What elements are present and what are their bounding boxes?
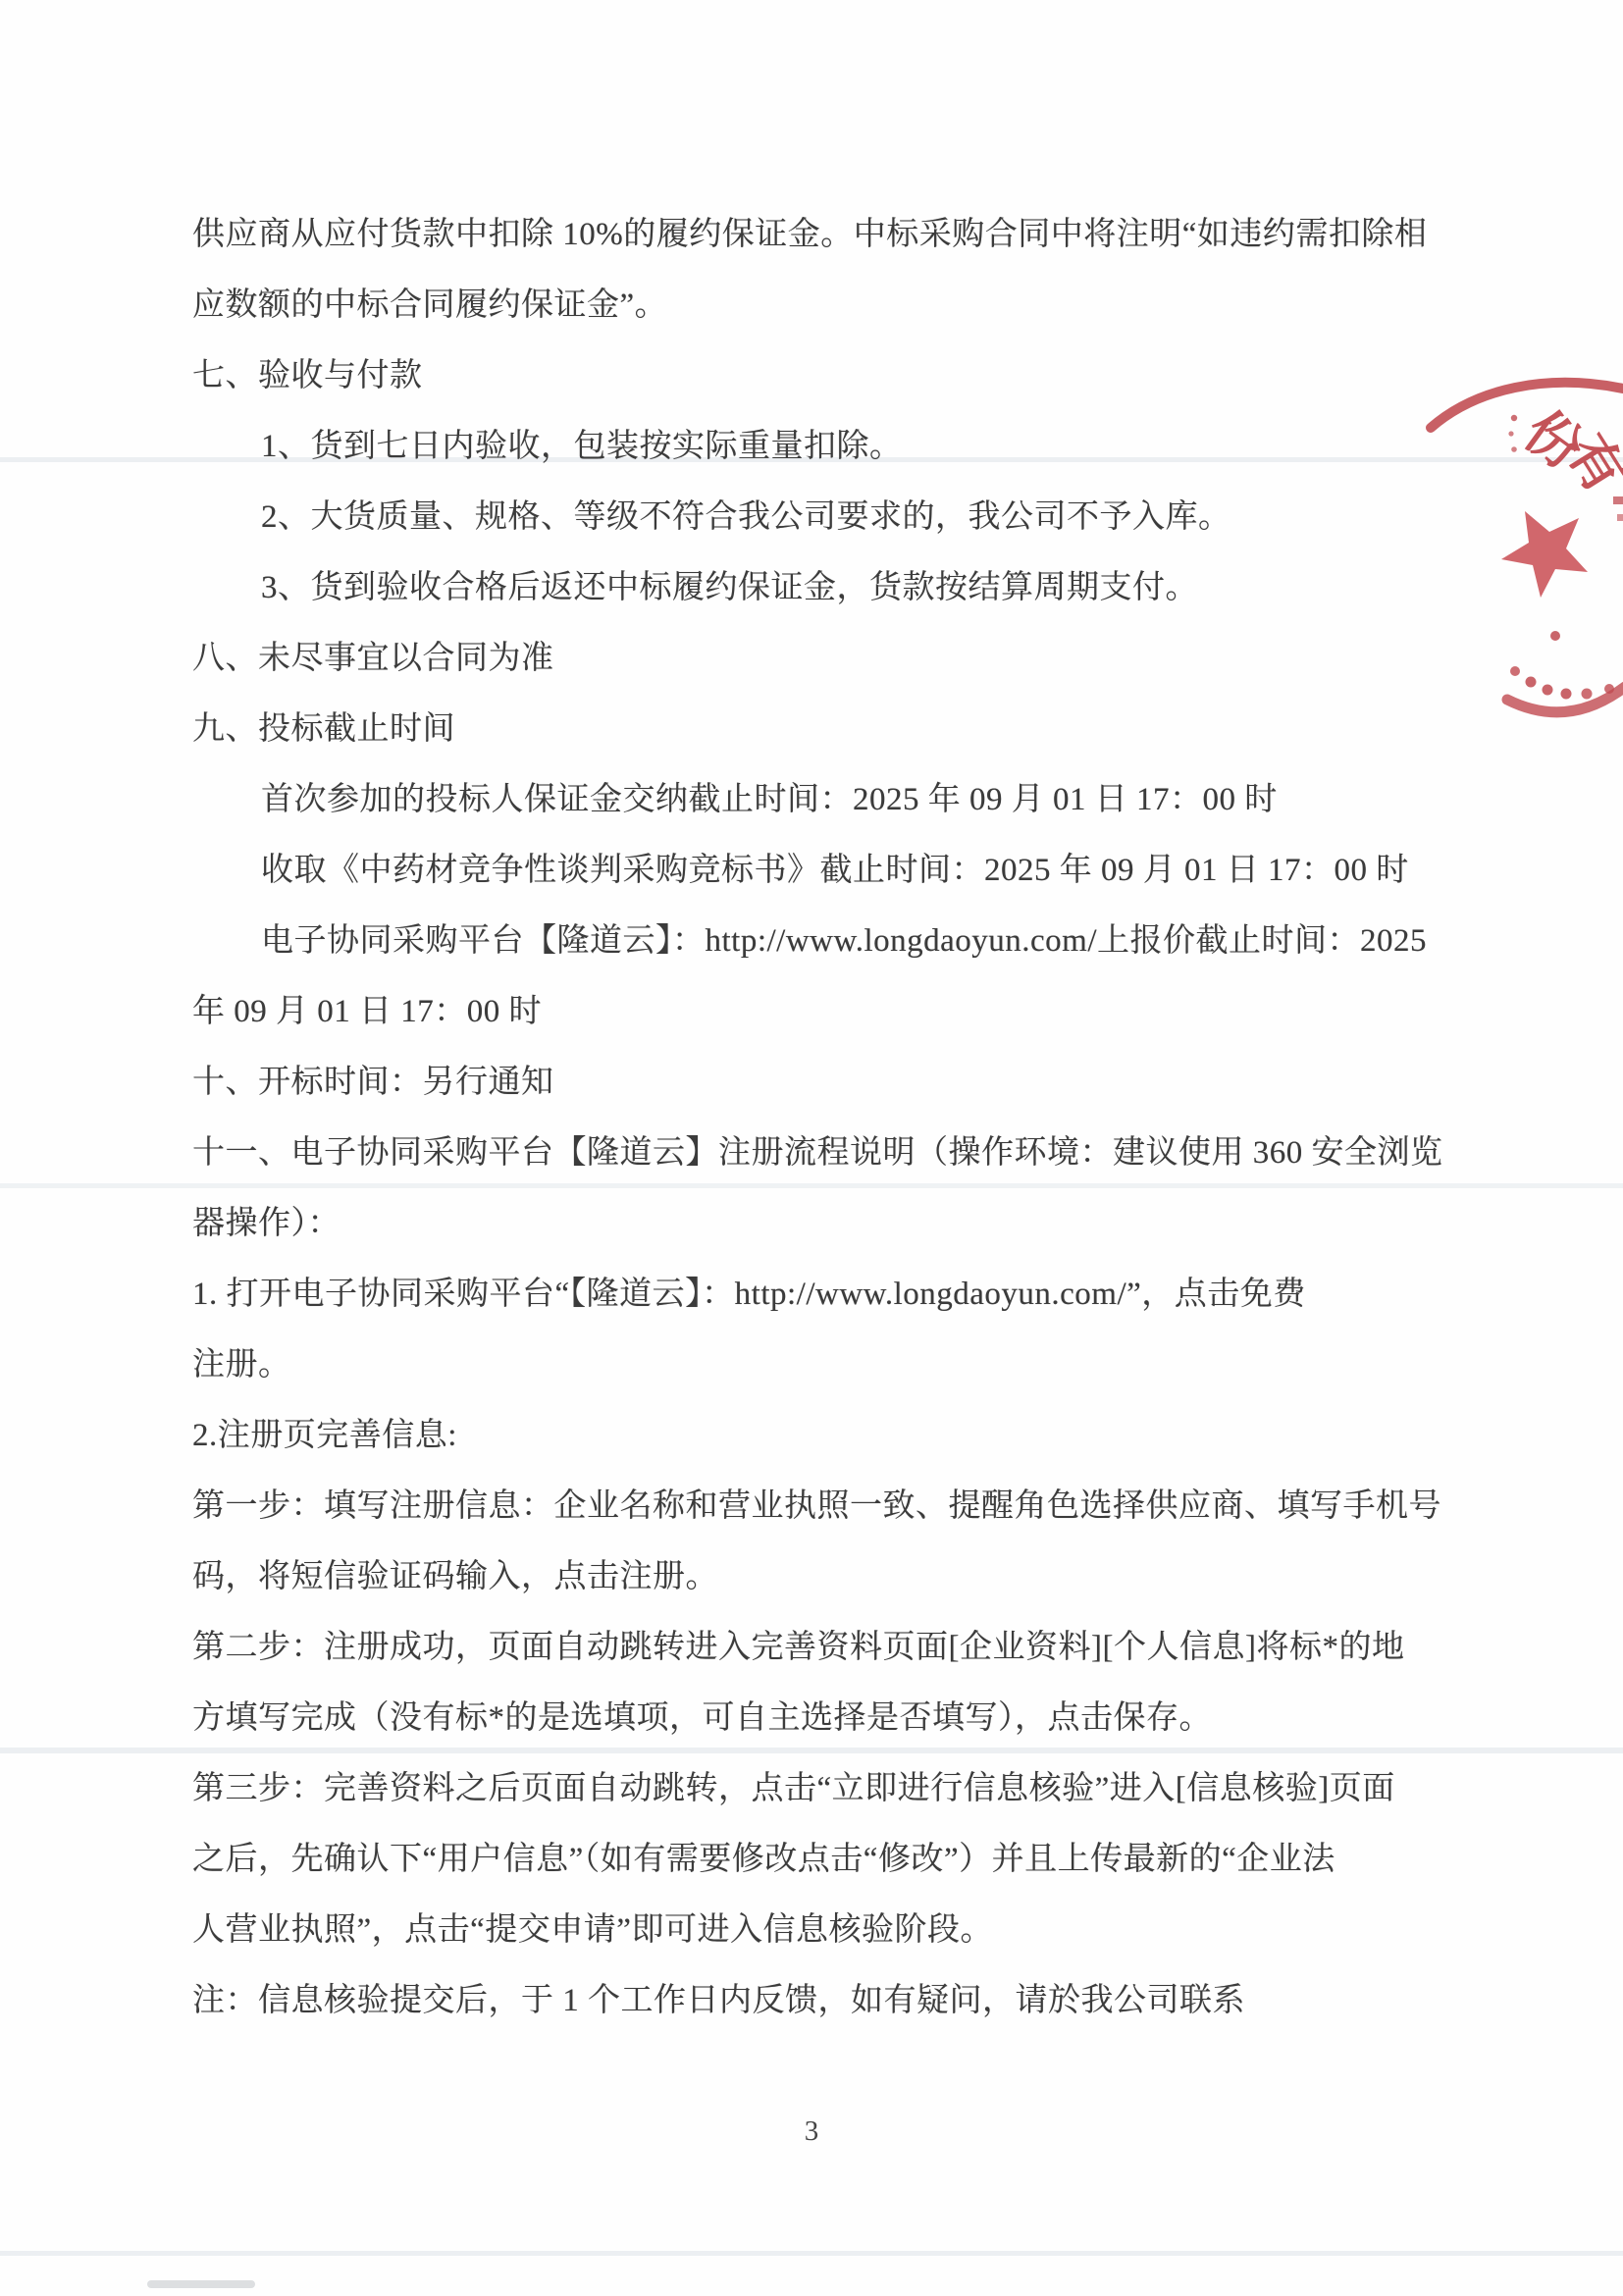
page-number: 3 [0,2115,1623,2148]
list-item: 2.注册页完善信息: [192,1415,457,1456]
list-item: 1、货到七日内验收，包装按实际重量扣除。 [261,426,903,467]
list-item: 3、货到验收合格后返还中标履约保证金，货款按结算周期支付。 [261,567,1198,608]
list-item: 2、大货质量、规格、等级不符合我公司要求的，我公司不予入库。 [261,496,1231,538]
stamp-ring-dot [1526,677,1537,688]
text-line: 供应商从应付货款中扣除 10%的履约保证金。中标采购合同中将注明“如违约需扣除相 [192,214,1427,255]
stamp-ink-speck [1508,431,1513,436]
scan-artifact [147,2280,255,2288]
section-heading: 十、开标时间：另行通知 [192,1062,554,1103]
text-line: 人营业执照”，点击“提交申请”即可进入信息核验阶段。 [192,1909,993,1951]
text-line: 码，将短信验证码输入，点击注册。 [192,1556,718,1597]
text-line: 应数额的中标合同履约保证金”。 [192,285,667,326]
stamp-ink-speck [1550,631,1560,641]
company-stamp: 份 有 [1360,359,1623,820]
scan-artifact [0,1748,1623,1753]
section-heading: 九、投标截止时间 [192,708,455,750]
text-line: 之后，先确认下“用户信息”（如有需要修改点击“修改”）并且上传最新的“企业法 [192,1839,1335,1880]
section-heading: 七、验收与付款 [192,355,423,396]
section-heading: 十一、电子协同采购平台【隆道云】注册流程说明（操作环境：建议使用 360 安全浏… [192,1132,1443,1174]
list-item: 1. 打开电子协同采购平台“【隆道云】：http://www.longdaoyu… [192,1274,1306,1315]
text-line: 注册。 [192,1344,291,1385]
stamp-ring-dot [1543,685,1553,696]
scan-artifact [0,1183,1623,1188]
text-line: 第二步：注册成功，页面自动跳转进入完善资料页面[企业资料][个人信息]将标*的地 [192,1627,1404,1668]
stamp-ring-dot [1582,689,1593,700]
scan-artifact [0,2251,1623,2256]
stamp-ring-dot [1561,689,1572,700]
text-line: 收取《中药材竞争性谈判采购竞标书》截止时间：2025 年 09 月 01 日 1… [261,850,1409,891]
text-line: 第一步：填写注册信息：企业名称和营业执照一致、提醒角色选择供应商、填写手机号 [192,1486,1441,1527]
stamp-star-icon [1501,511,1588,598]
stamp-ring-arc [1431,383,1623,428]
stamp-ink-speck [1617,514,1623,521]
section-heading: 八、未尽事宜以合同为准 [192,638,554,679]
text-line: 年 09 月 01 日 17：00 时 [192,991,542,1032]
text-line: 器操作）： [192,1203,340,1244]
text-line: 电子协同采购平台【隆道云】：http://www.longdaoyun.com/… [261,920,1427,962]
stamp-ink-speck [1613,496,1623,504]
text-line: 方填写完成（没有标*的是选填项，可自主选择是否填写），点击保存。 [192,1697,1212,1739]
company-stamp-graphic: 份 有 [1360,359,1623,820]
document-page: 供应商从应付货款中扣除 10%的履约保证金。中标采购合同中将注明“如违约需扣除相… [0,0,1623,2296]
stamp-ring-dot [1510,666,1520,676]
text-line: 第三步：完善资料之后页面自动跳转，点击“立即进行信息核验”进入[信息核验]页面 [192,1768,1395,1809]
text-line: 首次参加的投标人保证金交纳截止时间：2025 年 09 月 01 日 17：00… [261,779,1278,820]
text-line: 注：信息核验提交后，于 1 个工作日内反馈，如有疑问，请於我公司联系 [192,1980,1245,2021]
stamp-ink-speck [1511,415,1517,421]
